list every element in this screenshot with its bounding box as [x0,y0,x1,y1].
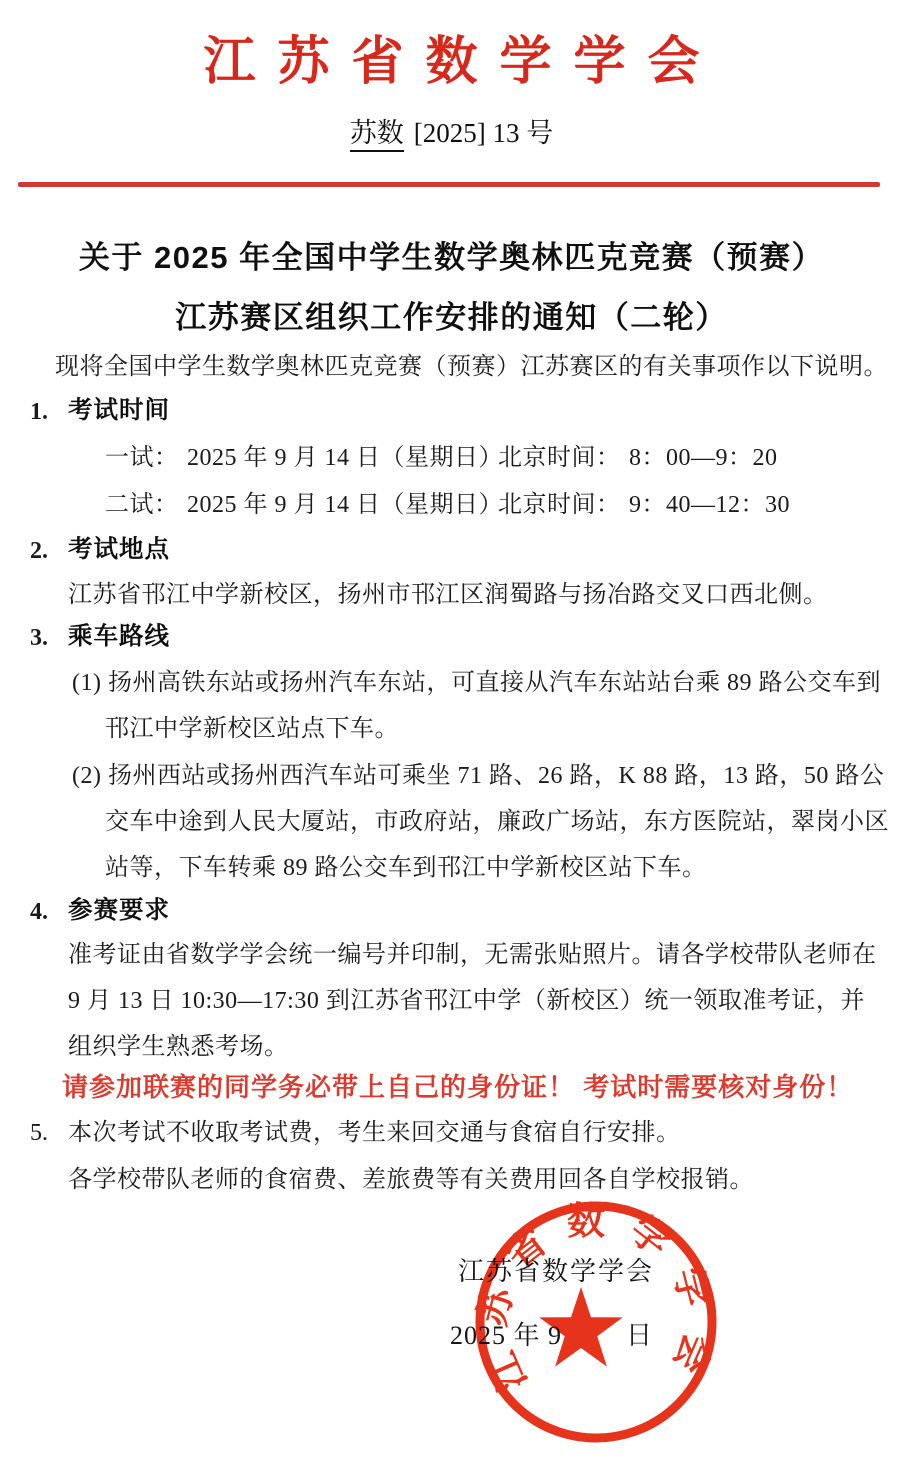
exam-row-label: 一试： [105,443,179,473]
section-5-number: 5. [30,1118,48,1148]
exam-row-timezone-label: 北京时间： [498,443,621,473]
seal-text: 江苏省数学学会 [472,1201,721,1397]
doc-number-rest: [2025] 13 号 [414,118,553,148]
doc-number: 苏数[2025] 13 号 [0,117,903,151]
route-item-2-line-3: 站等，下车转乘 89 路公交车到邗江中学新校区站下车。 [105,853,707,883]
exam-session-row-2: 二试： 2025 年 9 月 14 日（星期日） 北京时间： 9：40—12：3… [105,490,885,524]
exam-session-row-1: 一试： 2025 年 9 月 14 日（星期日） 北京时间： 8：00—9：20 [105,443,885,477]
official-seal: 江苏省数学学会 [471,1197,721,1447]
exam-location-text: 江苏省邗江中学新校区，扬州市邗江区润蜀路与扬冶路交叉口西北侧。 [68,580,828,610]
section-4-heading: 参赛要求 [68,896,170,927]
exam-row-date: 2025 年 9 月 14 日（星期日） [187,490,503,520]
route-item-1-line-2: 邗江中学新校区站点下车。 [105,714,399,744]
exam-row-date: 2025 年 9 月 14 日（星期日） [187,443,503,473]
requirements-line-3: 组织学生熟悉考场。 [68,1032,289,1062]
exam-row-timezone-label: 北京时间： [498,490,621,520]
route-item-2-line-1: (2) 扬州西站或扬州西汽车站可乘坐 71 路、26 路，K 88 路，13 路… [72,761,884,791]
header-divider-rule [18,182,880,187]
section-4-number: 4. [30,897,48,927]
section-3-heading: 乘车路线 [68,622,170,653]
fees-line-2: 各学校带队老师的食宿费、差旅费等有关费用回各自学校报销。 [68,1165,754,1195]
route-item-2-line-2: 交车中途到人民大厦站，市政府站，廉政广场站，东方医院站，翠岗小区 [105,807,889,837]
org-title: 江苏省数学学会 [0,30,903,95]
document-page: 江苏省数学学会 苏数[2025] 13 号 关于 2025 年全国中学生数学奥林… [0,0,903,1482]
intro-paragraph: 现将全国中学生数学奥林匹克竞赛（预赛）江苏赛区的有关事项作以下说明。 [55,352,888,382]
seal-star-icon [539,1287,623,1367]
fees-line-1: 本次考试不收取考试费，考生来回交通与食宿自行安排。 [68,1118,681,1148]
section-3-number: 3. [30,623,48,653]
exam-row-time: 9：40—12：30 [629,490,790,520]
section-1-number: 1. [30,397,48,427]
requirements-line-1: 准考证由省数学学会统一编号并印制，无需张贴照片。请各学校带队老师在 [68,940,877,970]
notice-title-line1: 关于 2025 年全国中学生数学奥林匹克竞赛（预赛） [0,239,903,278]
route-item-1-line-1: (1) 扬州高铁东站或扬州汽车东站，可直接从汽车东站站台乘 89 路公交车到 [72,668,881,698]
section-1-heading: 考试时间 [68,396,170,427]
exam-row-time: 8：00—9：20 [629,443,778,473]
notice-title-line2: 江苏赛区组织工作安排的通知（二轮） [0,299,903,338]
section-2-number: 2. [30,536,48,566]
requirements-line-2: 9 月 13 日 10:30—17:30 到江苏省邗江中学（新校区）统一领取准考… [68,986,865,1016]
exam-row-label: 二试： [105,490,179,520]
doc-number-prefix: 苏数 [350,118,404,152]
id-check-warning: 请参加联赛的同学务必带上自己的身份证！ 考试时需要核对身份！ [62,1071,853,1104]
section-2-heading: 考试地点 [68,535,170,566]
